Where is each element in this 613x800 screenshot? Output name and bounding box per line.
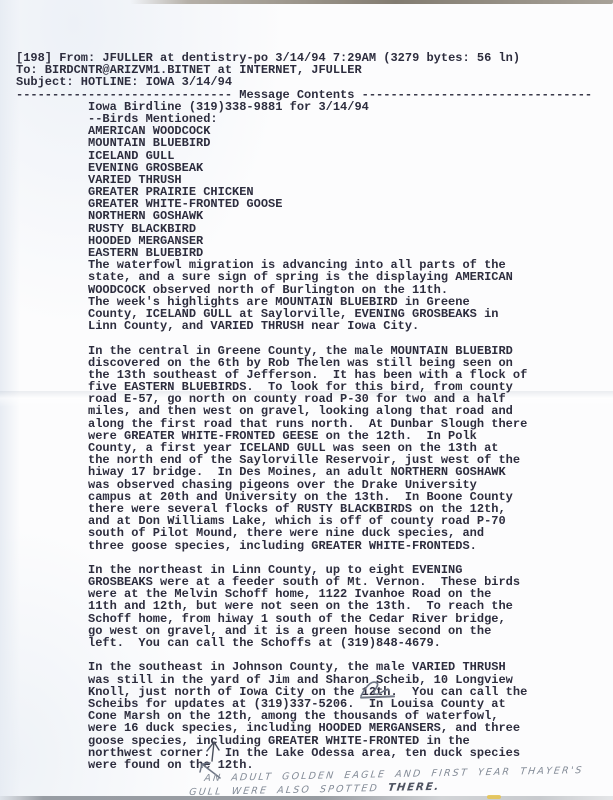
scan-top-edge [130, 0, 613, 4]
document-line: ------------------------------ Message C… [16, 89, 592, 101]
document-line: was observed chasing pigeons over the Dr… [88, 479, 527, 491]
document-line: state, and a sure sign of spring is the … [88, 271, 527, 283]
document-line: south of Pilot Mound, there were nine du… [88, 527, 527, 539]
document-line: MOUNTAIN BLUEBIRD [88, 137, 527, 149]
document-line: miles, and then west on gravel, looking … [88, 405, 527, 417]
email-header: [198] From: JFULLER at dentistry-po 3/14… [16, 52, 592, 101]
document-line: 11th and 12th, but were not seen on the … [88, 600, 527, 612]
document-line: Linn County, and VARIED THRUSH near Iowa… [88, 320, 527, 332]
scan-bottom-edge [0, 796, 613, 800]
document-line: In the central in Greene County, the mal… [88, 345, 527, 357]
document-line: In the southeast in Johnson County, the … [88, 661, 527, 673]
scanned-email-page: [198] From: JFULLER at dentistry-po 3/14… [0, 0, 613, 800]
highlighter-mark [487, 795, 501, 799]
document-line: was still in the yard of Jim and Sharon … [88, 674, 527, 686]
document-line: Subject: HOTLINE: IOWA 3/14/94 [16, 76, 592, 88]
message-body: Iowa Birdline (319)338-9881 for 3/14/94-… [88, 101, 527, 771]
document-line [88, 332, 527, 344]
document-line: WOODCOCK observed north of Burlington on… [88, 284, 527, 296]
document-line: left. You can call the Schoffs at (319)8… [88, 637, 527, 649]
document-line: ICELAND GULL [88, 150, 527, 162]
document-line: NORTHERN GOSHAWK [88, 210, 527, 222]
document-line: hiway 17 bridge. In Des Moines, an adult… [88, 466, 527, 478]
document-line: were 16 duck species, including HOODED M… [88, 722, 527, 734]
document-line: goose species, including GREATER WHITE-F… [88, 735, 527, 747]
handwritten-note-emphasis: THERE. [387, 781, 440, 794]
document-line: three goose species, including GREATER W… [88, 540, 527, 552]
